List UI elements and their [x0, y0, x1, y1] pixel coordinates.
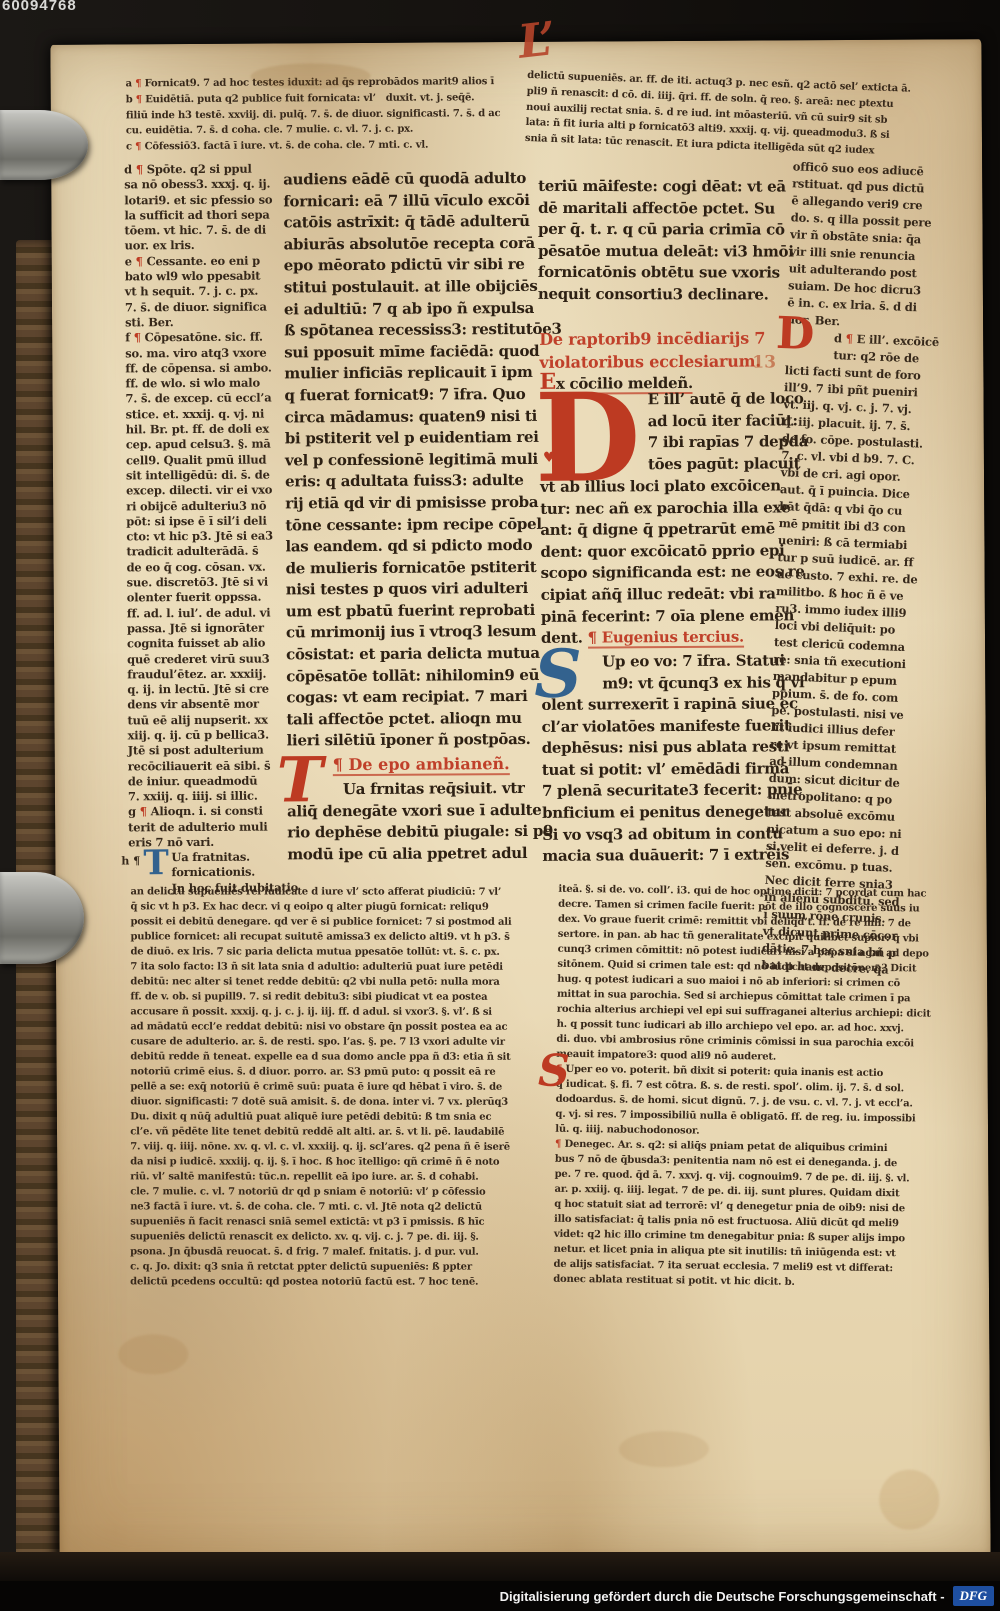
initial-s-blue: S [534, 648, 582, 701]
gloss-bottom-right: S iteā. §. si de. vo. coll’. i3. qui de … [553, 882, 974, 1292]
main-column-2-d-full: vt ab illius loci plato excōicentur: nec… [540, 475, 806, 628]
initial-d-red-small: D [776, 316, 816, 353]
heart-mark: ♥ [543, 450, 556, 466]
gloss-top-right: delictū supueniēs. ar. ff. de iti. actuq… [525, 68, 968, 163]
stain [118, 1334, 188, 1374]
shelf-mark: 60094768 [2, 0, 77, 15]
scanned-book-page: 60094768 L’ a ¶ Fornicat9. 7 ad hoc test… [0, 0, 1000, 1611]
digitization-banner: Digitalisierung gefördert durch die Deut… [0, 1581, 1000, 1611]
main-column-1b: Ua frnitas req̄siuit. vtraliq̄ denegāte … [287, 778, 540, 866]
rubric-eugenius: ¶ Eugenius tercius. [587, 628, 744, 649]
entry-marker: h ¶ [121, 854, 140, 867]
gloss-right-column: officō suo eos adiucērstituat. qd pus di… [761, 158, 961, 980]
main-column-1: audiens eādē cū quodā adultofornicari: e… [283, 168, 539, 753]
folio-mark: L’ [516, 15, 558, 65]
main-column-2: teriū māifeste: cogi dēat: vt eādē marit… [538, 176, 800, 306]
book-bottom-edge [0, 1552, 1000, 1582]
gloss-bottom-left: an delictū supueniēs rei iudicate d iure… [130, 884, 552, 1289]
banner-text: Digitalisierung gefördert durch die Deut… [500, 1589, 945, 1604]
initial-t-blue: T [143, 850, 168, 877]
gloss-left-column: d ¶ Spōte. q2 si ppulsa nō obess3. xxxj.… [124, 161, 290, 850]
stain [619, 1431, 709, 1468]
manuscript-page: L’ a ¶ Fornicat9. 7 ad hoc testes iduxit… [50, 39, 990, 1562]
initial-s-red-swash: S [538, 1054, 570, 1090]
dfg-logo: DFG [953, 1586, 994, 1606]
initial-d-large: D [534, 389, 640, 487]
chapter-heading-ambianensis: ¶ De epo ambianeñ. [333, 754, 510, 776]
quire-mark: 13 [752, 352, 776, 372]
stain [879, 1469, 939, 1529]
